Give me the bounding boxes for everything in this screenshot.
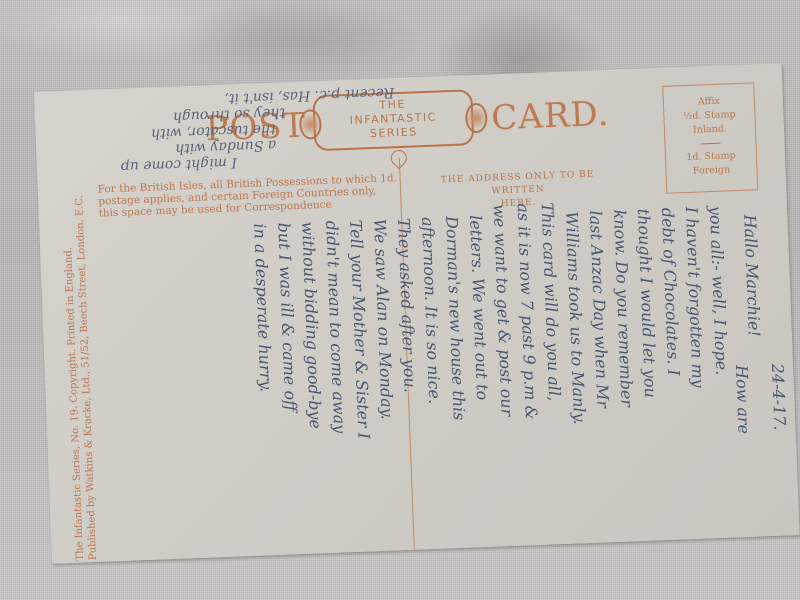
handwritten-line: as it is now 7 past 9 p.m & bbox=[514, 203, 541, 420]
handwritten-line: in a desperate hurry. bbox=[250, 223, 275, 392]
handwritten-line: know. Do you remember bbox=[610, 209, 637, 407]
stamp-divider bbox=[700, 143, 720, 145]
handwritten-line: without bidding good-bye bbox=[298, 221, 325, 429]
handwritten-line: Tell your Mother & Sister I bbox=[346, 219, 373, 439]
handwritten-line: Hallo Marchie! bbox=[740, 214, 764, 337]
stamp-line: Foreign bbox=[666, 162, 756, 179]
handwritten-line: We saw Alan on Monday. bbox=[370, 218, 397, 420]
publisher-imprint: The Infantastic Series, No. 19. Copyrigh… bbox=[58, 140, 100, 561]
upside-down-handwriting: a Sunday with bbox=[175, 137, 277, 157]
ornament-icon bbox=[465, 103, 488, 134]
handwritten-line: I haven't forgotten my bbox=[682, 206, 708, 388]
handwritten-line: Williams took us to Manly. bbox=[562, 211, 589, 425]
correspondence-notice: For the British Isles, all British Posse… bbox=[98, 172, 399, 219]
handwritten-line: you all:- well, I hope. bbox=[706, 206, 731, 376]
handwritten-line: How are bbox=[732, 365, 754, 435]
handwritten-line: They asked after you. bbox=[394, 218, 420, 394]
handwritten-line: last Anzac Day when Mr bbox=[586, 210, 613, 408]
handwritten-line: letters. We went out to bbox=[466, 215, 492, 401]
handwritten-line: Dorman's new house this bbox=[442, 216, 469, 421]
handwritten-line: thought I would let you bbox=[634, 208, 660, 398]
handwritten-line: debt of Chocolates. I bbox=[658, 207, 683, 376]
stamp-line: Inland. bbox=[665, 121, 755, 138]
handwritten-date: 24-4-17. bbox=[768, 363, 790, 430]
stamp-box: Affix ½d. Stamp Inland. 1d. Stamp Foreig… bbox=[662, 82, 758, 193]
postcard: POST THE INFANTASTIC SERIES CARD. For th… bbox=[34, 63, 800, 563]
upside-down-handwriting: I might come up bbox=[121, 154, 238, 174]
card-heading: CARD. bbox=[491, 94, 610, 139]
handwritten-line: but I was ill & came off bbox=[274, 222, 300, 412]
handwritten-line: we want to get & post our bbox=[490, 204, 517, 417]
handwritten-line: didn't mean to come away bbox=[322, 220, 349, 433]
handwritten-line: This card will do you all, bbox=[538, 202, 565, 401]
handwritten-line: afternoon. It is so nice. bbox=[418, 217, 444, 405]
